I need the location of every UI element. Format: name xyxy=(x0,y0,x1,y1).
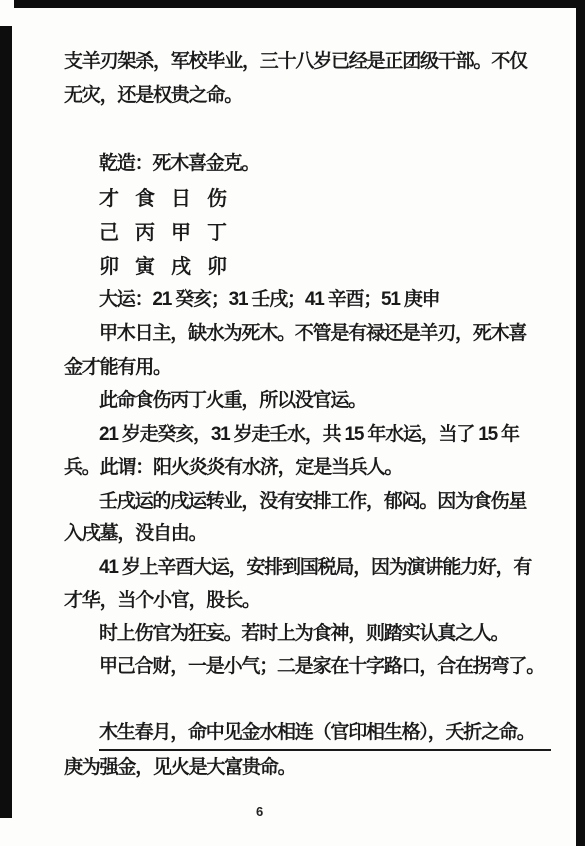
ten-god-day: 日 xyxy=(171,187,191,211)
branch-year: 卯 xyxy=(99,255,119,279)
stem-hour: 丁 xyxy=(207,221,227,245)
analysis-line: 41 岁上辛酉大运，安排到国税局，因为演讲能力好，有 xyxy=(99,556,531,580)
stem-day: 甲 xyxy=(171,221,191,245)
branch-month: 寅 xyxy=(135,255,155,279)
analysis-line: 兵。此谓：阳火炎炎有水济，定是当兵人。 xyxy=(64,456,402,480)
analysis-line: 此命食伤丙丁火重，所以没官运。 xyxy=(99,389,366,413)
ten-god-year: 才 xyxy=(99,187,119,211)
qianzao-heading: 乾造：死木喜金克。 xyxy=(99,152,259,176)
intro-line-2: 无灾，还是权贵之命。 xyxy=(64,84,242,108)
ten-gods-row: 才 食 日 伤 xyxy=(99,187,227,211)
scan-edge-left xyxy=(0,26,12,818)
analysis-line: 甲己合财，一是小气；二是家在十字路口，合在拐弯了。 xyxy=(99,655,544,679)
analysis-line: 入戌墓，没自由。 xyxy=(64,522,206,546)
analysis-line: 金才能有用。 xyxy=(64,356,171,380)
ten-god-month: 食 xyxy=(135,187,155,211)
dayun-line: 大运：21 癸亥；31 壬戌；41 辛酉；51 庚申 xyxy=(99,288,439,312)
heavenly-stems-row: 己 丙 甲 丁 xyxy=(99,221,227,245)
ten-god-hour: 伤 xyxy=(207,187,227,211)
analysis-line: 才华，当个小官，股长。 xyxy=(64,589,260,613)
analysis-line: 时上伤官为狂妄。若时上为食神，则踏实认真之人。 xyxy=(99,622,508,646)
page-number: 6 xyxy=(256,804,263,819)
stem-year: 己 xyxy=(99,221,119,245)
branch-hour: 卯 xyxy=(207,255,227,279)
branch-day: 戌 xyxy=(171,255,191,279)
scan-edge-right xyxy=(576,0,585,846)
analysis-line: 壬戌运的戌运转业，没有安排工作，郁闷。因为食伤星 xyxy=(99,490,526,514)
scan-edge-top xyxy=(14,0,585,8)
scanned-book-page: 支羊刃架杀，军校毕业，三十八岁已经是正团级干部。不仅 无灾，还是权贵之命。 乾造… xyxy=(0,0,585,846)
intro-line-1: 支羊刃架杀，军校毕业，三十八岁已经是正团级干部。不仅 xyxy=(64,50,527,74)
stem-month: 丙 xyxy=(135,221,155,245)
analysis-line: 甲木日主，缺水为死木。不管是有禄还是羊刃，死木喜 xyxy=(99,322,526,346)
analysis-line: 21 岁走癸亥，31 岁走壬水，共 15 年水运，当了 15 年 xyxy=(99,423,519,447)
closing-line: 庚为强金，见火是大富贵命。 xyxy=(64,756,295,780)
underlined-note-line: 木生春月，命中见金水相连（官印相生格），夭折之命。 xyxy=(99,721,551,751)
earthly-branches-row: 卯 寅 戌 卯 xyxy=(99,255,227,279)
